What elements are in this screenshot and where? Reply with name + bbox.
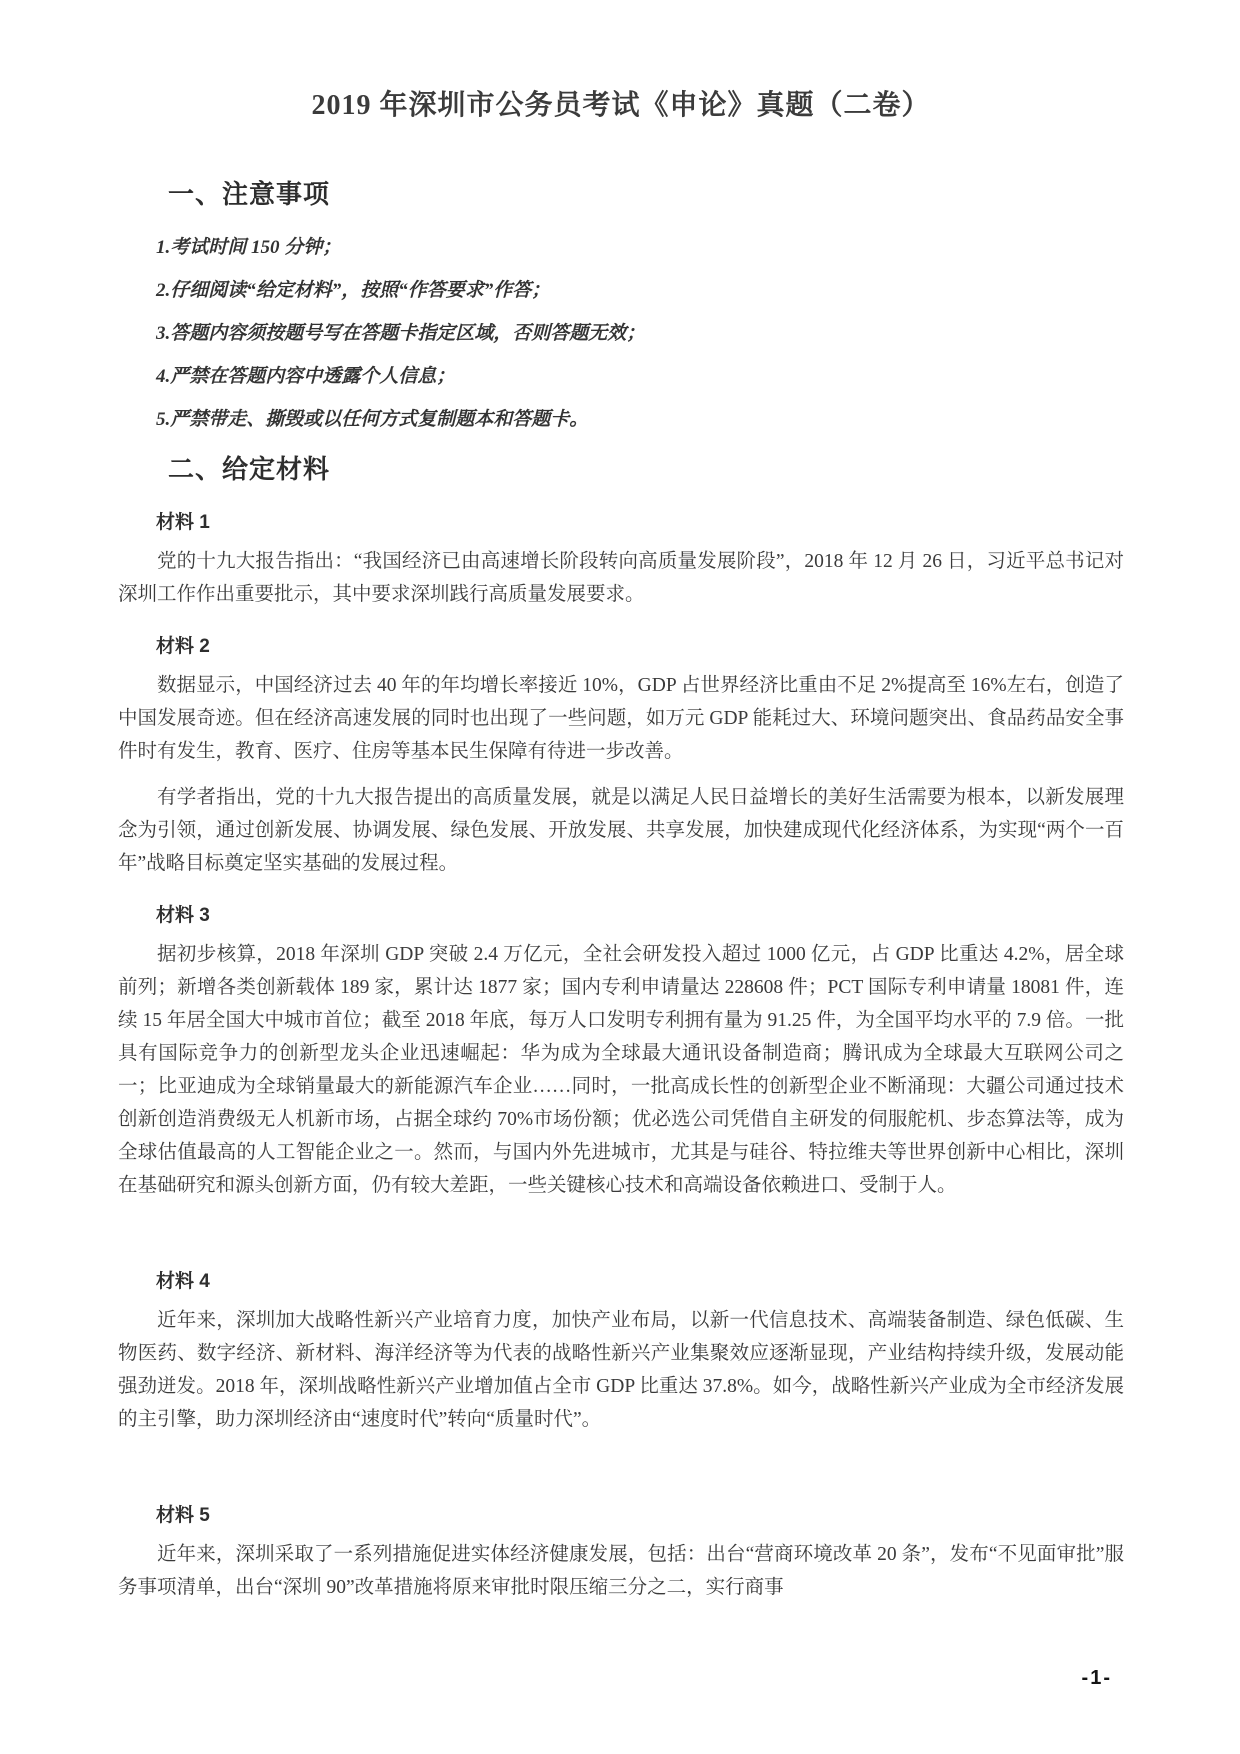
material-5-paragraph-1: 近年来，深圳采取了一系列措施促进实体经济健康发展，包括：出台“营商环境改革 20…	[118, 1538, 1124, 1604]
section-heading-notice: 一、注意事项	[118, 176, 1124, 212]
material-3-paragraph-1: 据初步核算，2018 年深圳 GDP 突破 2.4 万亿元，全社会研发投入超过 …	[118, 938, 1124, 1202]
material-2-label: 材料 2	[118, 633, 1124, 660]
material-5-label: 材料 5	[118, 1502, 1124, 1529]
notice-item-3: 3.答题内容须按题号写在答题卡指定区域，否则答题无效；	[118, 312, 1124, 355]
notice-item-4: 4.严禁在答题内容中透露个人信息；	[118, 355, 1124, 398]
material-4: 材料 4 近年来，深圳加大战略性新兴产业培育力度，加快产业布局，以新一代信息技术…	[118, 1268, 1124, 1436]
notice-item-5: 5.严禁带走、撕毁或以任何方式复制题本和答题卡。	[118, 398, 1124, 441]
material-2: 材料 2 数据显示，中国经济过去 40 年的年均增长率接近 10%，GDP 占世…	[118, 633, 1124, 880]
material-3-label: 材料 3	[118, 902, 1124, 929]
material-4-label: 材料 4	[118, 1268, 1124, 1295]
section-heading-materials: 二、给定材料	[118, 451, 1124, 487]
material-1-paragraph-1: 党的十九大报告指出：“我国经济已由高速增长阶段转向高质量发展阶段”，2018 年…	[118, 545, 1124, 611]
material-4-paragraph-1: 近年来，深圳加大战略性新兴产业培育力度，加快产业布局，以新一代信息技术、高端装备…	[118, 1304, 1124, 1436]
notice-item-1: 1.考试时间 150 分钟；	[118, 226, 1124, 269]
material-1: 材料 1 党的十九大报告指出：“我国经济已由高速增长阶段转向高质量发展阶段”，2…	[118, 509, 1124, 611]
document-page: 2019 年深圳市公务员考试《申论》真题（二卷） 一、注意事项 1.考试时间 1…	[0, 0, 1240, 1754]
material-2-paragraph-1: 数据显示，中国经济过去 40 年的年均增长率接近 10%，GDP 占世界经济比重…	[118, 669, 1124, 768]
material-5: 材料 5 近年来，深圳采取了一系列措施促进实体经济健康发展，包括：出台“营商环境…	[118, 1502, 1124, 1604]
notice-list: 1.考试时间 150 分钟； 2.仔细阅读“给定材料”，按照“作答要求”作答； …	[118, 226, 1124, 441]
material-1-label: 材料 1	[118, 509, 1124, 536]
material-3: 材料 3 据初步核算，2018 年深圳 GDP 突破 2.4 万亿元，全社会研发…	[118, 902, 1124, 1202]
material-2-paragraph-2: 有学者指出，党的十九大报告提出的高质量发展，就是以满足人民日益增长的美好生活需要…	[118, 781, 1124, 880]
document-title: 2019 年深圳市公务员考试《申论》真题（二卷）	[118, 86, 1124, 126]
page-number: -1-	[1082, 1667, 1112, 1690]
notice-item-2: 2.仔细阅读“给定材料”，按照“作答要求”作答；	[118, 269, 1124, 312]
